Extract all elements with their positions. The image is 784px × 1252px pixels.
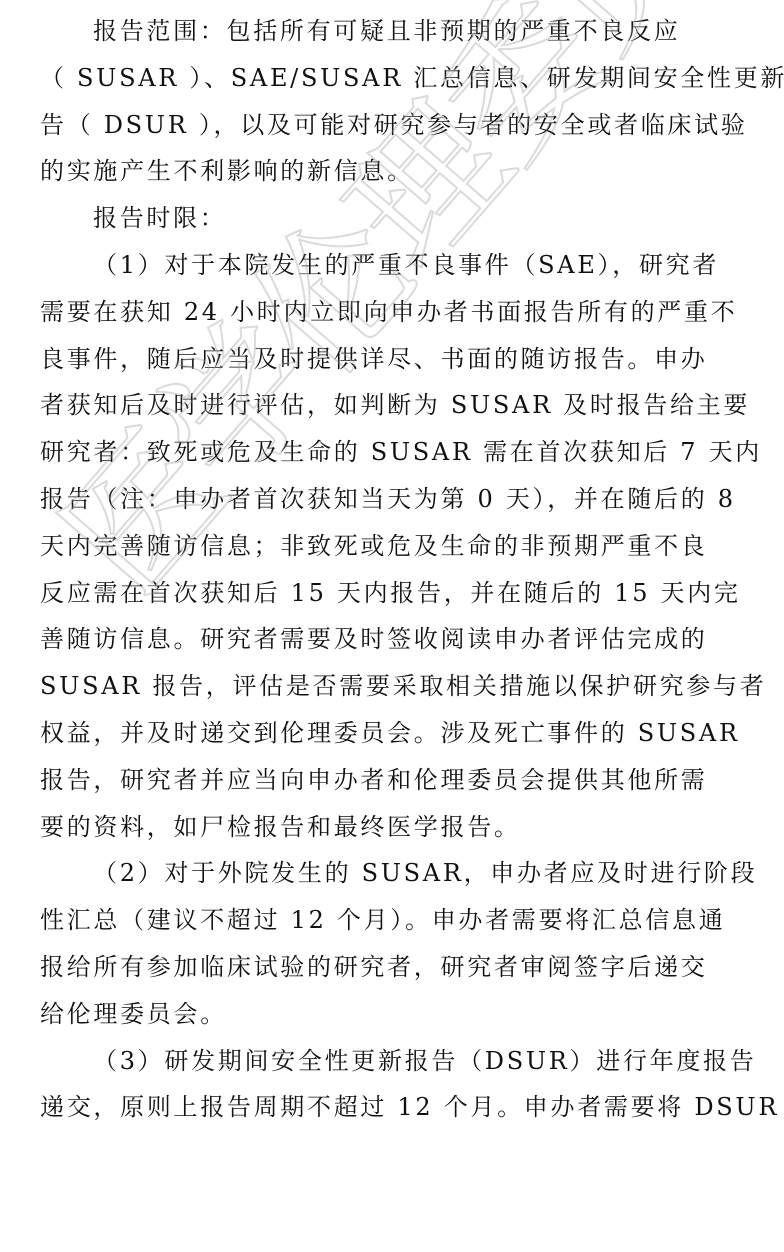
paragraph-item-2-external-susar: （2）对于外院发生的 SUSAR，申办者应及时进行阶段 性汇总（建议不超过 12…: [40, 850, 730, 1037]
document-page: 报告范围：包括所有可疑且非预期的严重不良反应 （ SUSAR ）、SAE/SUS…: [40, 8, 730, 1131]
paragraph-report-time-limit-heading: 报告时限：: [40, 195, 730, 242]
text-line: 善随访信息。研究者需要及时签收阅读申办者评估完成的: [40, 616, 730, 663]
text-line: （ SUSAR ）、SAE/SUSAR 汇总信息、研发期间安全性更新报: [40, 55, 730, 102]
text-line: 权益，并及时递交到伦理委员会。涉及死亡事件的 SUSAR: [40, 710, 730, 757]
text-line: 报告（注：申办者首次获知当天为第 0 天），并在随后的 8: [40, 476, 730, 523]
text-line: 需要在获知 24 小时内立即向申办者书面报告所有的严重不: [40, 289, 730, 336]
text-line: 告（ DSUR ），以及可能对研究参与者的安全或者临床试验: [40, 102, 730, 149]
text-line: 报告，研究者并应当向申办者和伦理委员会提供其他所需: [40, 757, 730, 804]
paragraph-report-scope: 报告范围：包括所有可疑且非预期的严重不良反应 （ SUSAR ）、SAE/SUS…: [40, 8, 730, 195]
text-line: 要的资料，如尸检报告和最终医学报告。: [40, 804, 730, 851]
text-line: 研究者：致死或危及生命的 SUSAR 需在首次获知后 7 天内: [40, 429, 730, 476]
text-line: 给伦理委员会。: [40, 991, 730, 1038]
text-line: 报告时限：: [40, 195, 730, 242]
text-line: 者获知后及时进行评估，如判断为 SUSAR 及时报告给主要: [40, 382, 730, 429]
text-line: 反应需在首次获知后 15 天内报告，并在随后的 15 天内完: [40, 570, 730, 617]
text-line: 天内完善随访信息；非致死或危及生命的非预期严重不良: [40, 523, 730, 570]
text-line: 报告范围：包括所有可疑且非预期的严重不良反应: [40, 8, 730, 55]
text-line: 的实施产生不利影响的新信息。: [40, 148, 730, 195]
text-line: 递交，原则上报告周期不超过 12 个月。申办者需要将 DSUR: [40, 1084, 730, 1131]
text-line: （3）研发期间安全性更新报告（DSUR）进行年度报告: [40, 1038, 730, 1085]
text-line: SUSAR 报告，评估是否需要采取相关措施以保护研究参与者: [40, 663, 730, 710]
text-line: （2）对于外院发生的 SUSAR，申办者应及时进行阶段: [40, 850, 730, 897]
text-line: 报给所有参加临床试验的研究者，研究者审阅签字后递交: [40, 944, 730, 991]
paragraph-item-3-dsur: （3）研发期间安全性更新报告（DSUR）进行年度报告 递交，原则上报告周期不超过…: [40, 1038, 730, 1132]
text-line: 良事件，随后应当及时提供详尽、书面的随访报告。申办: [40, 336, 730, 383]
text-line: （1）对于本院发生的严重不良事件（SAE），研究者: [40, 242, 730, 289]
text-line: 性汇总（建议不超过 12 个月）。申办者需要将汇总信息通: [40, 897, 730, 944]
paragraph-item-1-local-sae: （1）对于本院发生的严重不良事件（SAE），研究者 需要在获知 24 小时内立即…: [40, 242, 730, 850]
